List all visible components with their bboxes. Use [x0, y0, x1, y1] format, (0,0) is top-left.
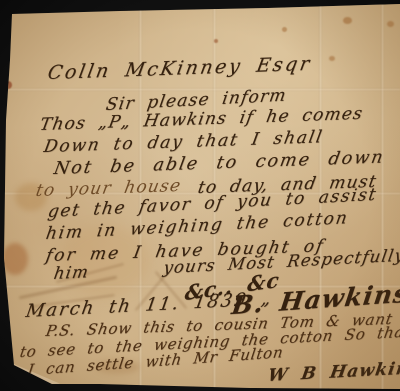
ps-signature: W B Hawkins [266, 358, 400, 386]
foxing-spot [387, 21, 394, 27]
foxing-spot [214, 39, 218, 43]
letter-paper: Colln McKinney Esqr Sir please inform Th… [0, 0, 400, 391]
scanned-letter-image: Colln McKinney Esqr Sir please inform Th… [0, 0, 400, 391]
red-tick-stain [4, 81, 12, 89]
foxing-spot [282, 27, 287, 32]
salutation-line: Colln McKinney Esqr [46, 53, 313, 84]
edge-stain [2, 243, 28, 275]
foxing-spot [343, 17, 352, 24]
foxing-spot [329, 56, 335, 61]
